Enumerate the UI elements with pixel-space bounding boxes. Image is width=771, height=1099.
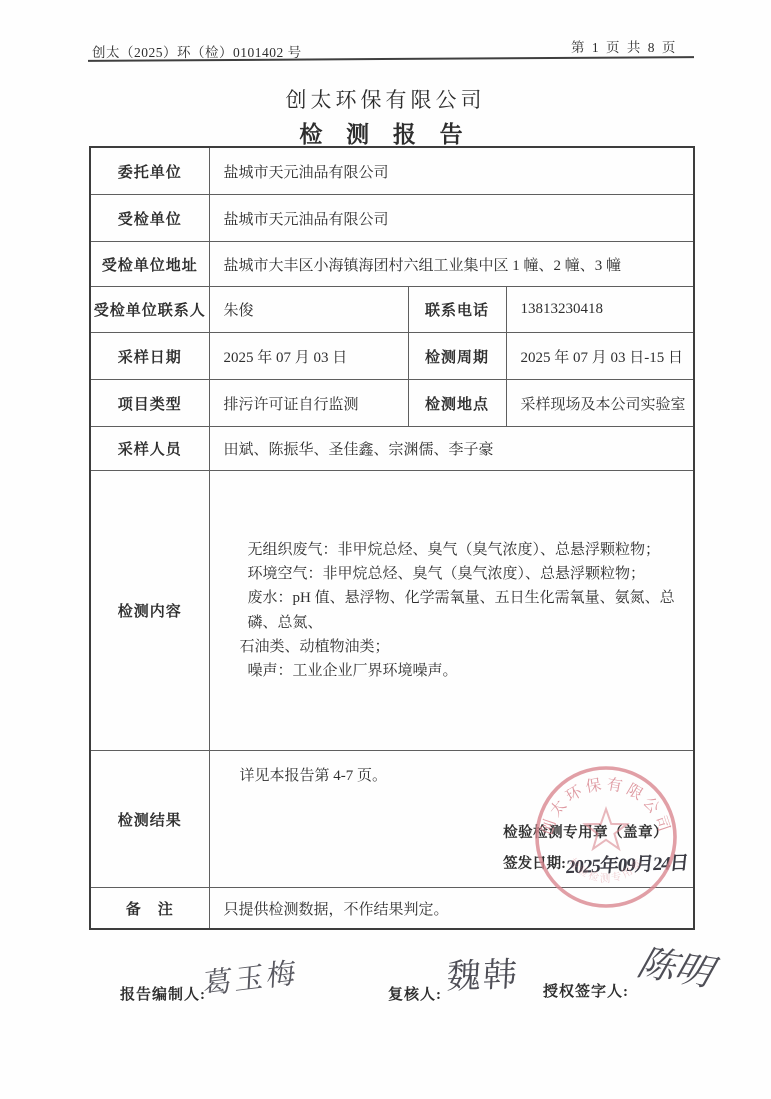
test-location-value: 采样现场及本公司实验室: [506, 380, 694, 427]
inspected-unit-label: 受检单位: [90, 195, 209, 242]
test-result-value: 详见本报告第 4-7 页。: [240, 764, 388, 785]
issue-date-label: 签发日期:: [503, 856, 566, 872]
contact-person-label: 受检单位联系人: [90, 287, 209, 333]
client-unit-value: 盐城市天元油品有限公司: [209, 147, 694, 195]
project-type-value: 排污许可证自行监测: [209, 380, 408, 427]
preparer-label: 报告编制人:: [120, 983, 206, 1004]
report-title: 检 测 报 告: [0, 116, 771, 149]
contact-phone-label: 联系电话: [408, 287, 506, 333]
company-title: 创太环保有限公司: [0, 84, 771, 114]
test-content-cell: 无组织废气：非甲烷总烃、臭气（臭气浓度）、总悬浮颗粒物； 环境空气：非甲烷总烃、…: [209, 471, 694, 751]
test-content-line: 噪声：工业企业厂界环境噪声。: [240, 659, 680, 683]
inspected-unit-value: 盐城市天元油品有限公司: [209, 195, 694, 242]
signature-footer: 报告编制人: 葛玉梅 复核人: 魏韩 授权签字人: 陈明: [0, 940, 771, 1050]
reviewer-label: 复核人:: [388, 983, 442, 1004]
report-info-table: 委托单位 盐城市天元油品有限公司 受检单位 盐城市天元油品有限公司 受检单位地址…: [89, 146, 695, 930]
issue-date-line: 签发日期:2025年09月24日: [503, 850, 688, 877]
remark-label: 备 注: [90, 888, 209, 930]
sampling-personnel-label: 采样人员: [90, 427, 209, 471]
test-result-cell: 详见本报告第 4-7 页。 检验检测专用章（盖章） 签发日期:2025年09月2…: [209, 751, 694, 888]
signer-label: 授权签字人:: [543, 980, 629, 1001]
test-content-line: 环境空气：非甲烷总烃、臭气（臭气浓度）、总悬浮颗粒物；: [240, 562, 680, 586]
test-location-label: 检测地点: [408, 380, 506, 427]
inspected-address-value: 盐城市大丰区小海镇海团村六组工业集中区 1 幢、2 幢、3 幢: [209, 242, 694, 287]
contact-phone-value: 13813230418: [506, 287, 694, 333]
test-result-label: 检测结果: [90, 751, 209, 888]
preparer-signature: 葛玉梅: [202, 950, 299, 1003]
seal-block: 检验检测专用章（盖章） 签发日期:2025年09月24日: [503, 821, 688, 877]
sampling-date-label: 采样日期: [90, 333, 209, 380]
sampling-date-value: 2025 年 07 月 03 日: [209, 333, 408, 380]
client-unit-label: 委托单位: [90, 147, 209, 195]
remark-value: 只提供检测数据，不作结果判定。: [209, 888, 694, 930]
page-indicator: 第 1 页 共 8 页: [571, 36, 677, 56]
test-content-block: 无组织废气：非甲烷总烃、臭气（臭气浓度）、总悬浮颗粒物； 环境空气：非甲烷总烃、…: [224, 532, 688, 690]
test-content-label: 检测内容: [90, 471, 209, 751]
signer-signature: 陈明: [630, 934, 731, 996]
issue-date-handwritten: 2025年09月24日: [565, 848, 690, 879]
contact-person-value: 朱俊: [209, 287, 408, 333]
inspected-address-label: 受检单位地址: [90, 242, 209, 287]
test-period-label: 检测周期: [408, 333, 506, 380]
test-content-line: 无组织废气：非甲烷总烃、臭气（臭气浓度）、总悬浮颗粒物；: [240, 538, 680, 562]
reviewer-signature: 魏韩: [446, 947, 521, 999]
test-content-line: 废水：pH 值、悬浮物、化学需氧量、五日生化需氧量、氨氮、总磷、总氮、: [240, 586, 680, 635]
project-type-label: 项目类型: [90, 380, 209, 427]
seal-caption: 检验检测专用章（盖章）: [503, 821, 688, 842]
test-content-line: 石油类、动植物油类；: [240, 635, 680, 659]
test-period-value: 2025 年 07 月 03 日-15 日: [506, 333, 694, 380]
sampling-personnel-value: 田斌、陈振华、圣佳鑫、宗渊儒、李子豪: [209, 427, 694, 471]
